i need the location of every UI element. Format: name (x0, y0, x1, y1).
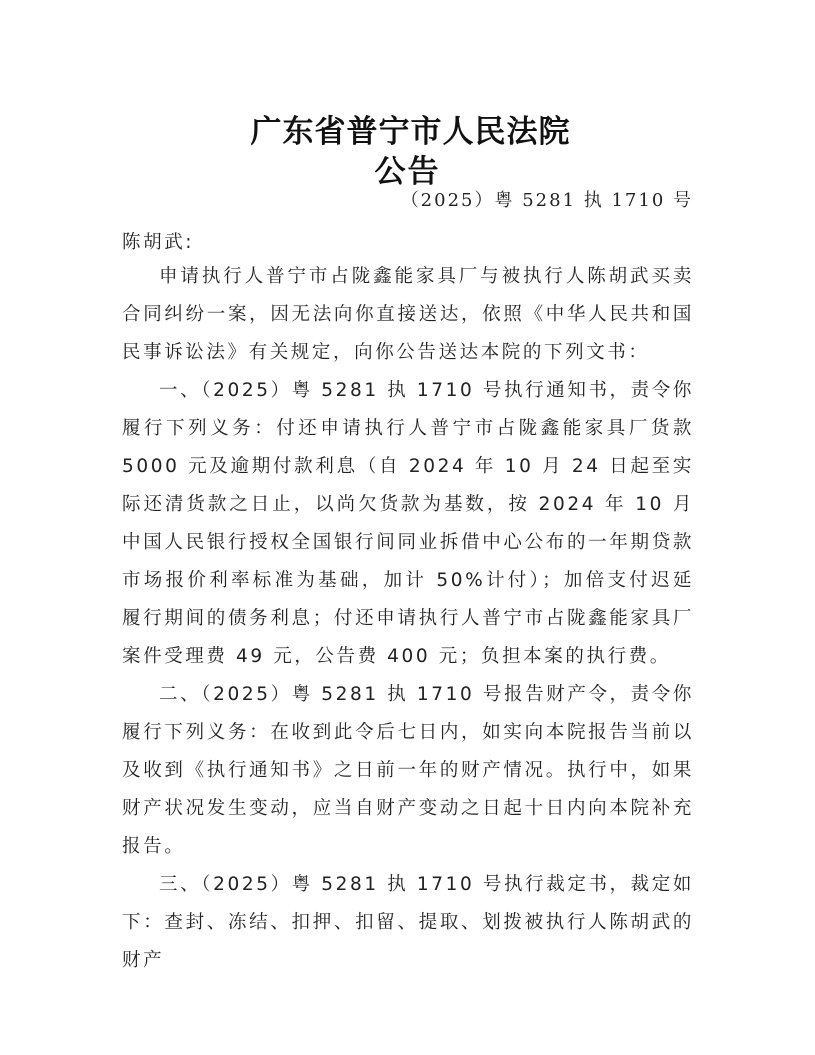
case-number: （2025）粤 5281 执 1710 号 (401, 186, 693, 212)
paragraph-intro: 申请执行人普宁市占陇鑫能家具厂与被执行人陈胡武买卖合同纠纷一案，因无法向你直接送… (122, 258, 694, 372)
document-type-heading: 公告 (0, 146, 815, 191)
court-name-heading: 广东省普宁市人民法院 (0, 106, 815, 151)
document-page: 广东省普宁市人民法院 公告 （2025）粤 5281 执 1710 号 陈胡武:… (0, 0, 815, 1055)
document-body: 陈胡武: 申请执行人普宁市占陇鑫能家具厂与被执行人陈胡武买卖合同纠纷一案，因无法… (122, 224, 694, 980)
paragraph-item-3: 三、（2025）粤 5281 执 1710 号执行裁定书，裁定如下：查封、冻结、… (122, 866, 694, 980)
paragraph-item-2: 二、（2025）粤 5281 执 1710 号报告财产令，责令你履行下列义务：在… (122, 676, 694, 866)
paragraph-item-1: 一、（2025）粤 5281 执 1710 号执行通知书，责令你履行下列义务：付… (122, 372, 694, 676)
addressee: 陈胡武: (122, 224, 694, 262)
